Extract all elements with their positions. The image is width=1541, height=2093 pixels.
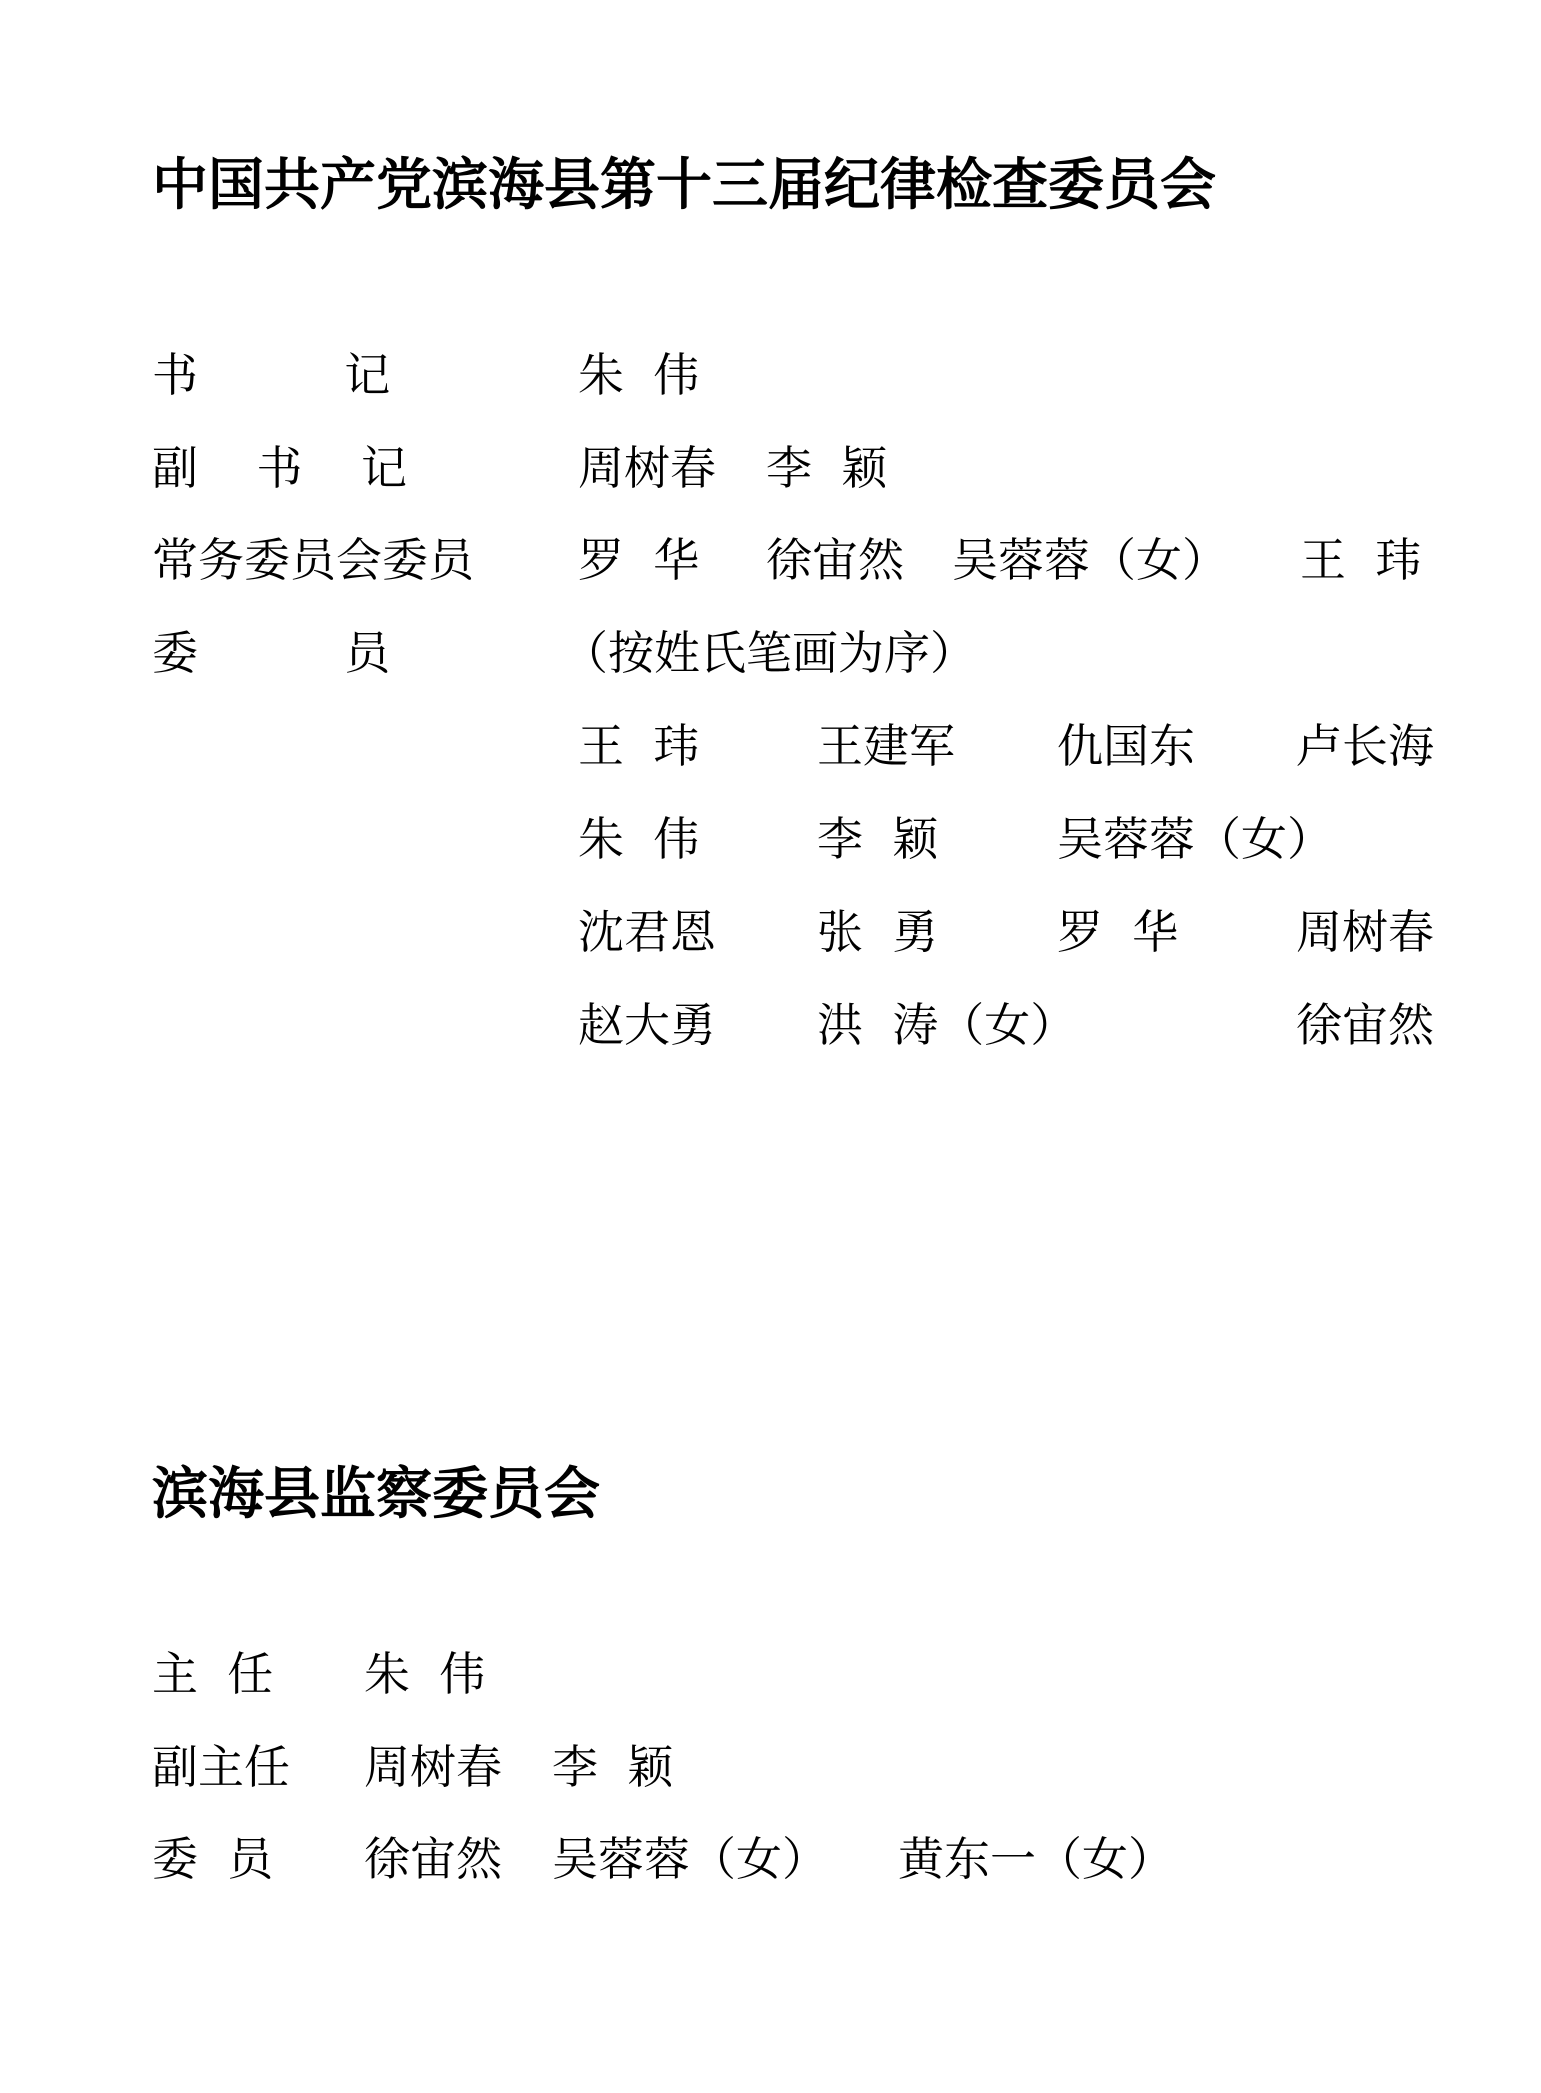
section1-title: 中国共产党滨海县第十三届纪律检查委员会 xyxy=(152,158,1216,214)
member-name: 王建军 xyxy=(817,723,955,769)
label-secretary: 书 记 xyxy=(152,352,390,398)
name: 徐宙然 xyxy=(766,537,904,583)
name: 黄东一（女） xyxy=(898,1836,1174,1882)
member-name: 李 颖 xyxy=(817,816,938,862)
member-name: 吴蓉蓉（女） xyxy=(1057,816,1333,862)
member-name: 赵大勇 xyxy=(578,1002,716,1048)
name: 徐宙然 xyxy=(364,1836,502,1882)
name: 李 颖 xyxy=(766,445,887,491)
member-name: 仇国东 xyxy=(1057,723,1195,769)
member-name: 沈君恩 xyxy=(578,909,716,955)
name: 吴蓉蓉（女） xyxy=(552,1836,828,1882)
name: 李 颖 xyxy=(552,1744,673,1790)
name: 王 玮 xyxy=(1300,537,1421,583)
name: 周树春 xyxy=(364,1744,502,1790)
member-name: 卢长海 xyxy=(1296,723,1434,769)
label-deputy-secretary: 副 书 记 xyxy=(152,445,407,491)
label-standing-committee: 常务委员会委员 xyxy=(152,537,474,583)
member-name: 徐宙然 xyxy=(1296,1002,1434,1048)
name: 罗 华 xyxy=(578,537,699,583)
name: 朱 伟 xyxy=(364,1651,485,1697)
label-director: 主 任 xyxy=(152,1651,273,1697)
label-supervision-members: 委 员 xyxy=(152,1836,273,1882)
member-name: 王 玮 xyxy=(578,723,699,769)
member-name: 朱 伟 xyxy=(578,816,699,862)
member-name: 周树春 xyxy=(1296,909,1434,955)
member-name: 罗 华 xyxy=(1057,909,1178,955)
name: 朱 伟 xyxy=(578,352,699,398)
name: 周树春 xyxy=(578,445,716,491)
section2-title: 滨海县监察委员会 xyxy=(152,1467,600,1523)
label-deputy-director: 副主任 xyxy=(152,1744,290,1790)
name: 吴蓉蓉（女） xyxy=(952,537,1228,583)
member-name: 张 勇 xyxy=(817,909,938,955)
member-name: 洪 涛（女） xyxy=(817,1002,1076,1048)
members-order-note: （按姓氏笔画为序） xyxy=(562,630,976,676)
label-members: 委 员 xyxy=(152,630,390,676)
